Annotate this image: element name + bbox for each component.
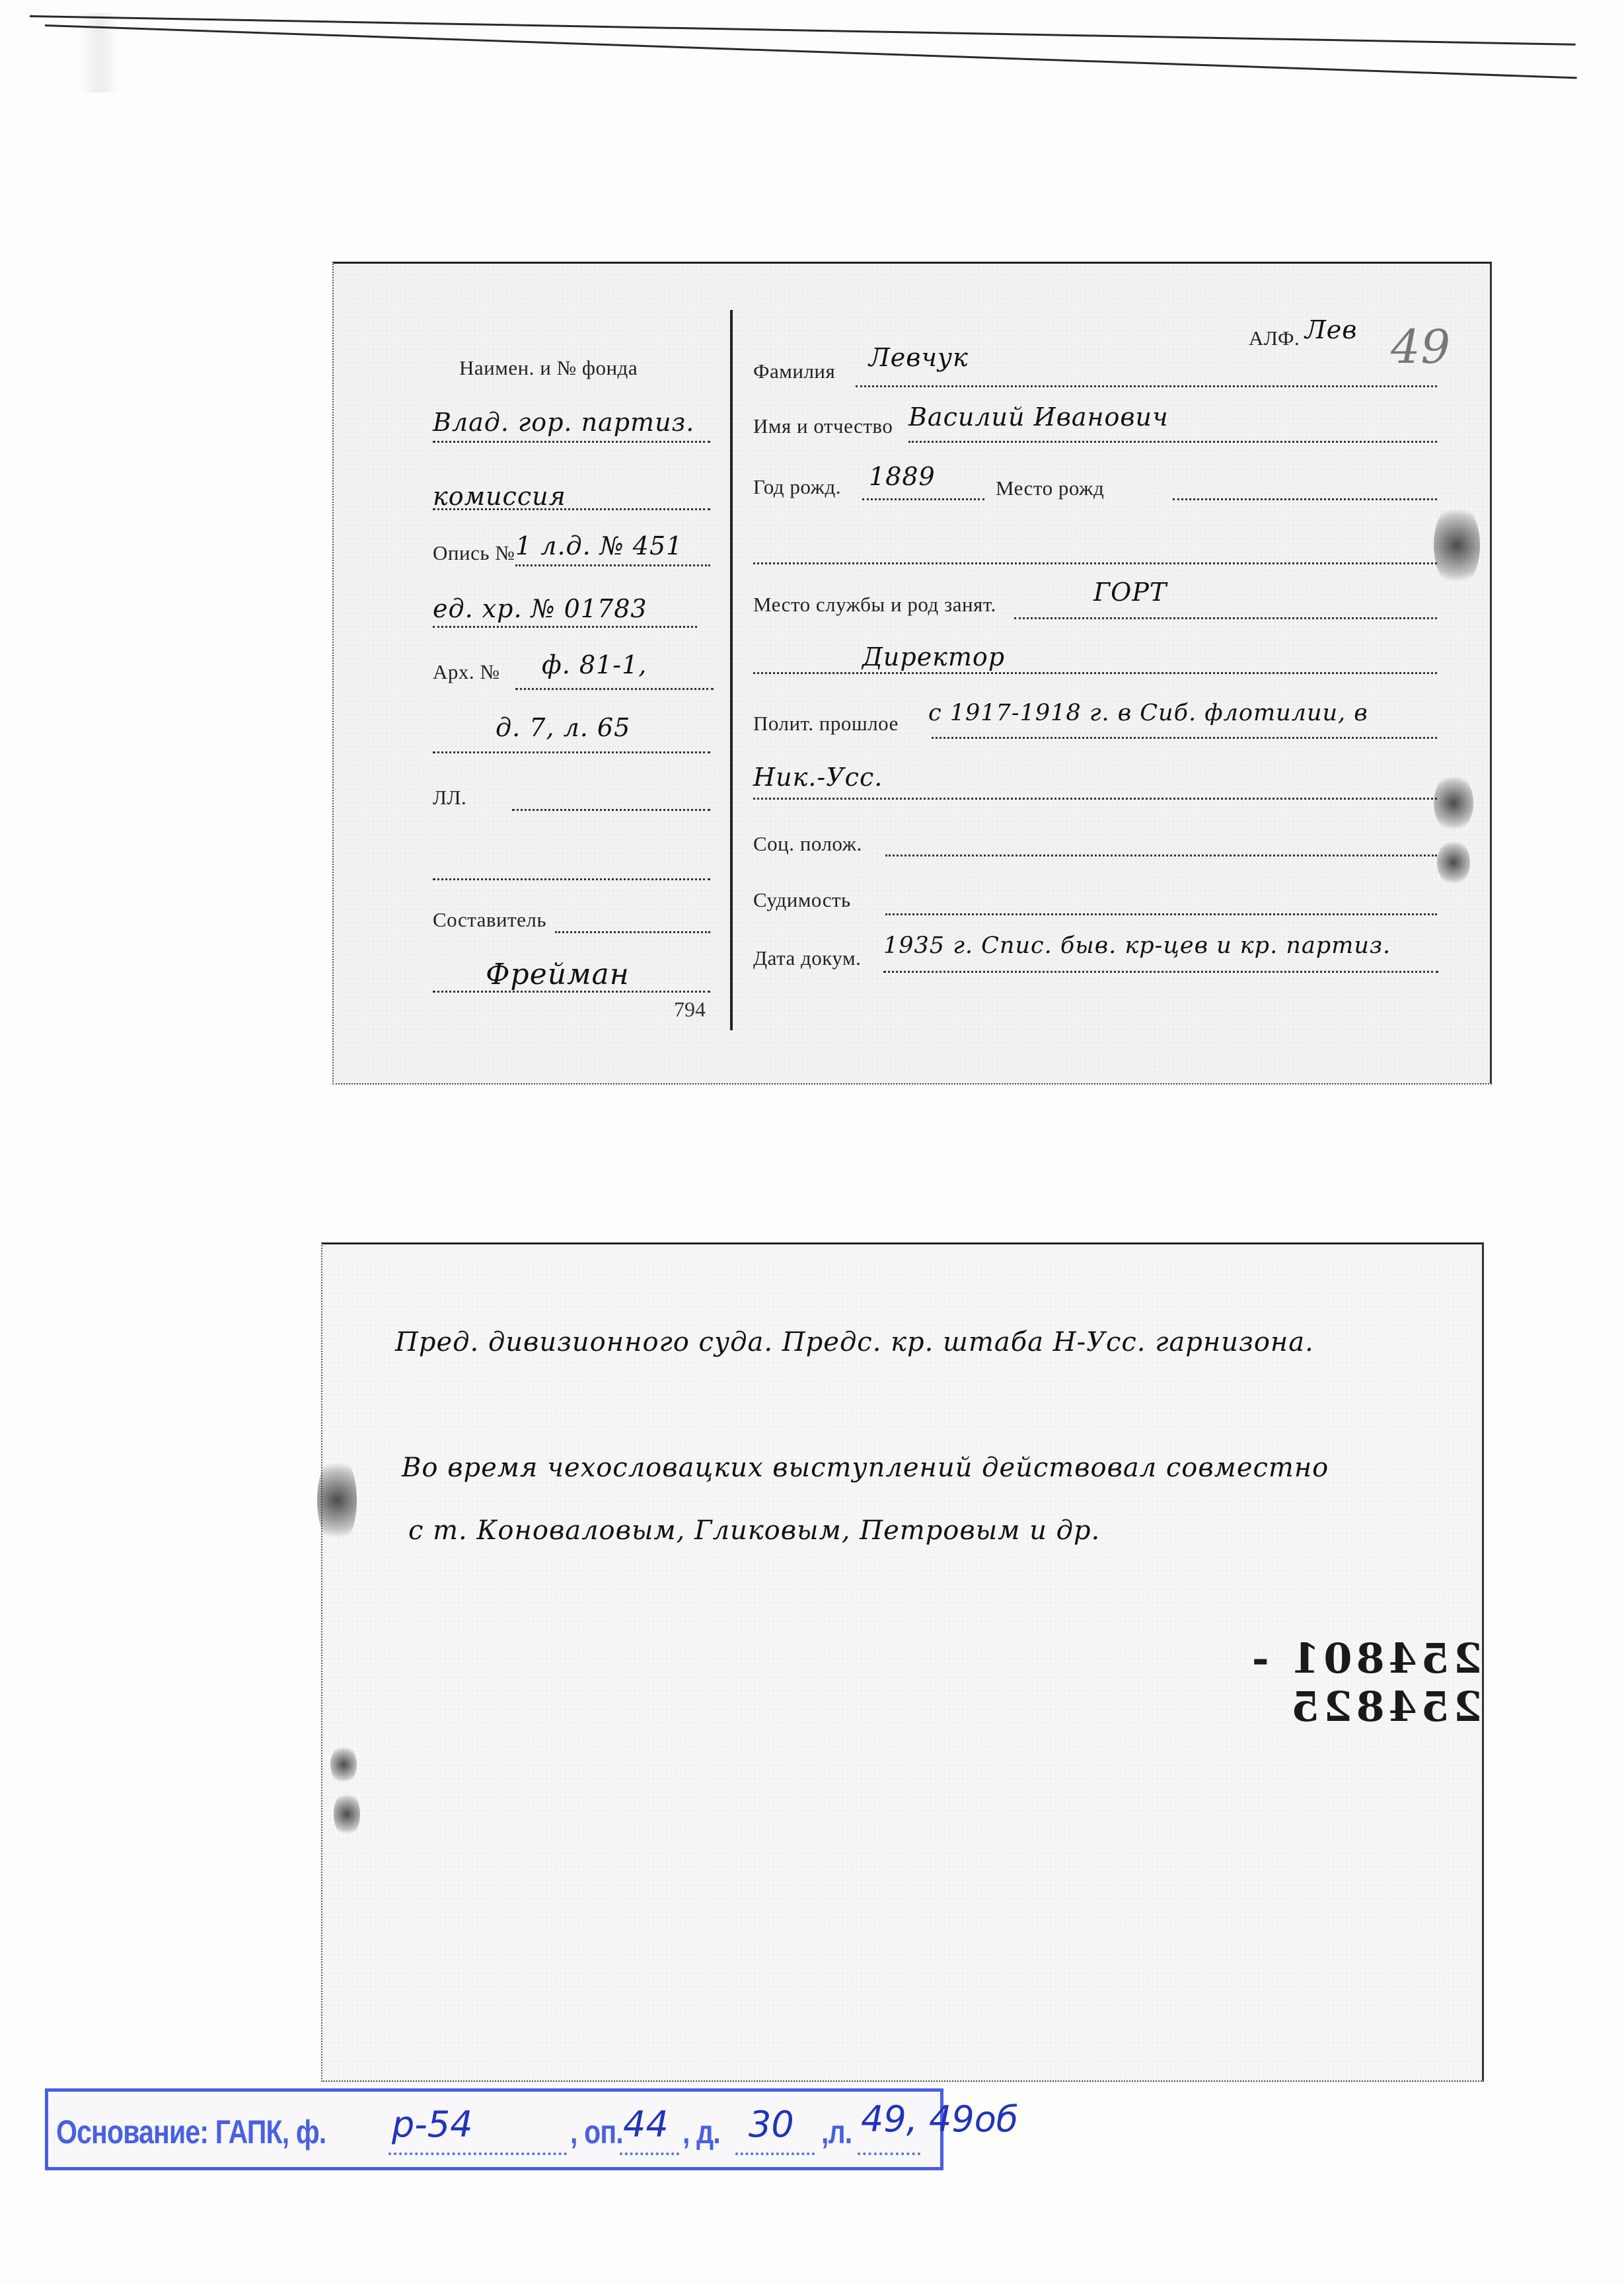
mirrored-serial-number: 254801 - 254825 <box>1036 1634 1482 1731</box>
stamp-inventory-label: , оп. <box>570 2113 623 2151</box>
name-underline <box>908 441 1437 443</box>
stamp-sheet-label: ,л. <box>821 2113 852 2151</box>
archive-no-underline-2 <box>433 751 710 753</box>
scan-blot <box>317 1454 357 1546</box>
archive-card-back: Пред. дивизионного суда. Предс. кр. штаб… <box>321 1242 1484 2082</box>
archive-no-underline <box>515 688 714 690</box>
surname-label: Фамилия <box>753 360 835 383</box>
scan-blot <box>330 1745 357 1784</box>
inventory-underline <box>515 564 710 566</box>
scan-smudge <box>79 13 119 93</box>
service-underline <box>1014 617 1437 619</box>
archive-card-front: Наимен. и № фонда Влад. гор. партиз. ком… <box>332 262 1492 1085</box>
sheets-label: ЛЛ. <box>433 786 466 810</box>
archive-no-label: Арх. № <box>433 660 499 684</box>
document-date-label: Дата докум. <box>753 946 861 970</box>
conviction-underline <box>885 913 1437 915</box>
compiler-signature-underline <box>433 991 710 993</box>
back-text-line-3: с т. Коноваловым, Гликовым, Петровым и д… <box>408 1515 1100 1546</box>
scan-blot <box>1434 502 1480 588</box>
political-value-2: Ник.-Усс. <box>753 763 883 792</box>
name-value: Василий Иванович <box>908 402 1169 432</box>
stamp-basis-label: Основание: ГАПК, ф. <box>56 2113 326 2151</box>
stamp-file-label: , д. <box>683 2113 720 2151</box>
stamp-inventory-underline <box>620 2152 679 2155</box>
surname-underline <box>856 385 1437 387</box>
social-status-label: Соц. полож. <box>753 832 862 856</box>
name-label: Имя и отчество <box>753 414 893 438</box>
stamp-file-underline <box>735 2152 815 2155</box>
sheets-underline <box>512 809 710 811</box>
political-value: с 1917-1918 г. в Сиб. флотилии, в <box>928 700 1368 726</box>
stamp-fund-underline <box>388 2152 567 2155</box>
archive-reference-stamp: Основание: ГАПК, ф. р-54 , оп. 44 , д. 3… <box>45 2088 943 2170</box>
fund-name-label: Наимен. и № фонда <box>459 356 638 380</box>
birth-year-label: Год рожд. <box>753 475 841 499</box>
birth-year-underline <box>862 498 984 500</box>
storage-unit-value: ед. хр. № 01783 <box>433 594 647 623</box>
back-text-line-1: Пред. дивизионного суда. Предс. кр. штаб… <box>395 1327 1314 1357</box>
archive-no-value-2: д. 7, л. 65 <box>496 713 630 742</box>
alph-value: Лев <box>1305 315 1357 344</box>
sheets-underline-2 <box>433 878 710 880</box>
stamp-inventory-value: 44 <box>623 2104 669 2145</box>
document-date-value: 1935 г. Спис. быв. кр-цев и кр. партиз. <box>883 933 1391 959</box>
form-number: 794 <box>674 997 706 1022</box>
fund-name-underline-2 <box>433 508 710 510</box>
social-status-underline <box>885 855 1437 856</box>
political-label: Полит. прошлое <box>753 712 899 736</box>
storage-unit-underline <box>433 626 697 628</box>
stamp-sheet-underline <box>858 2152 920 2155</box>
political-underline <box>932 737 1437 739</box>
inventory-label: Опись № <box>433 541 515 565</box>
birth-year-value: 1889 <box>869 462 936 491</box>
inventory-value: 1 л.д. № 451 <box>515 531 683 560</box>
conviction-label: Судимость <box>753 888 851 912</box>
birth-place-underline-2 <box>753 562 1437 564</box>
birth-place-underline <box>1173 498 1437 500</box>
service-value: ГОРТ <box>1093 578 1167 607</box>
alph-label: АЛФ. <box>1249 326 1300 350</box>
compiler-signature: Фрейман <box>486 958 630 991</box>
compiler-label: Составитель <box>433 908 546 932</box>
scan-blot <box>334 1791 360 1837</box>
scan-blot <box>1434 773 1473 833</box>
service-value-2: Директор <box>862 642 1005 671</box>
scan-edge-line-2 <box>45 24 1577 79</box>
fund-name-value-line2: комиссия <box>433 482 566 511</box>
scan-blot <box>1437 839 1470 886</box>
document-date-underline <box>883 971 1438 973</box>
card-number: 49 <box>1391 320 1451 374</box>
stamp-sheet-value: 49, 49об <box>861 2098 1018 2140</box>
fund-name-value-line1: Влад. гор. партиз. <box>433 408 694 437</box>
stamp-file-value: 30 <box>749 2104 794 2145</box>
service-label: Место службы и род занят. <box>753 593 996 617</box>
compiler-underline <box>555 931 710 933</box>
birth-place-label: Место рожд <box>996 476 1104 500</box>
service-underline-2 <box>753 672 1437 674</box>
column-divider <box>730 310 733 1030</box>
stamp-fund-value: р-54 <box>392 2104 472 2145</box>
scan-edge-line-1 <box>30 15 1576 46</box>
fund-name-underline-1 <box>433 441 710 443</box>
back-text-line-2: Во время чехословацких выступлений дейст… <box>402 1453 1329 1483</box>
surname-value: Левчук <box>869 343 969 372</box>
archive-no-value: ф. 81-1, <box>542 650 647 679</box>
political-underline-2 <box>753 798 1437 800</box>
